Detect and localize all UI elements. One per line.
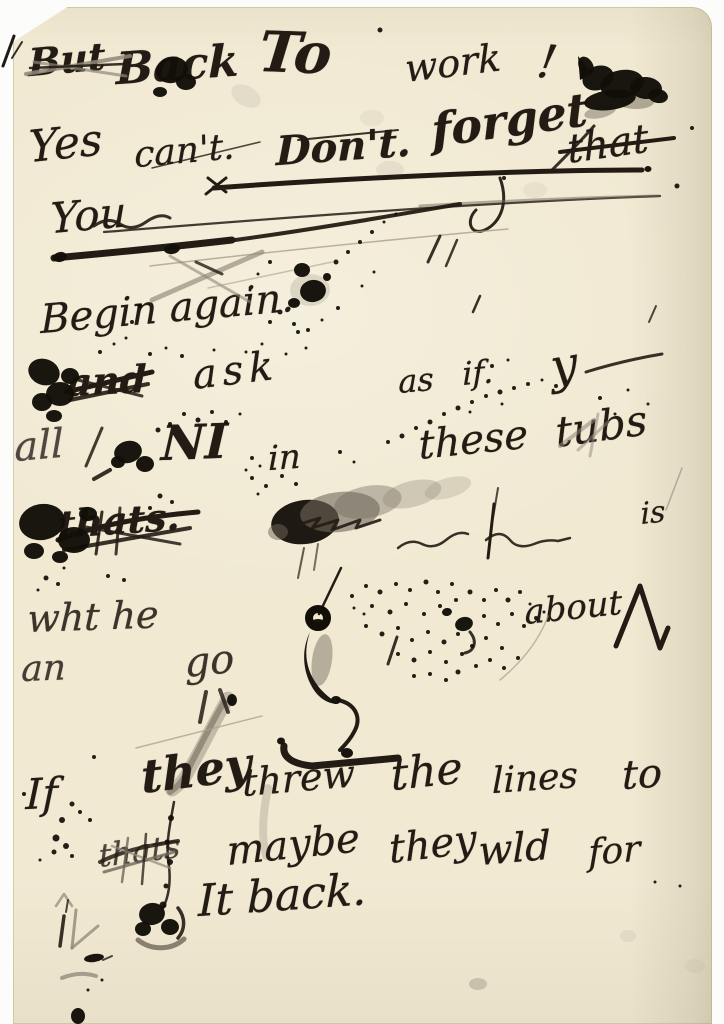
- handwritten-word: about: [524, 586, 623, 630]
- handwritten-word: that: [566, 119, 650, 170]
- handwritten-word: Yes: [28, 118, 103, 170]
- handwritten-word: threw: [242, 754, 355, 802]
- handwritten-word: is: [640, 497, 666, 530]
- handwritten-word: the: [390, 746, 463, 798]
- handwritten-word: can't.: [134, 129, 235, 174]
- handwritten-word: thats.: [58, 497, 180, 544]
- handwritten-word: to: [622, 753, 662, 796]
- handwritten-word: these: [418, 415, 529, 467]
- handwritten-word: NI: [160, 418, 228, 468]
- handwritten-word: work: [404, 38, 502, 88]
- scanned-note-page: ButBackTowork!Yescan't.Don't.forgetthatY…: [0, 0, 724, 1024]
- handwritten-word: in: [268, 440, 301, 476]
- handwritten-word: y: [548, 339, 580, 392]
- handwritten-word: they: [140, 741, 252, 801]
- handwritten-word: an: [21, 650, 67, 688]
- handwritten-word: Back: [116, 39, 239, 92]
- handwritten-word: !: [534, 38, 560, 85]
- handwritten-word: for: [588, 831, 641, 872]
- handwritten-word: You: [50, 191, 127, 240]
- scanner-corner-wedge: [10, 4, 72, 44]
- handwritten-word: they: [388, 819, 478, 870]
- handwritten-word: go: [184, 639, 235, 684]
- handwritten-word: It back.: [198, 868, 366, 924]
- handwritten-word: Begin again.: [40, 278, 294, 340]
- handwritten-word: if.: [462, 355, 494, 390]
- handwritten-word: If: [25, 772, 58, 816]
- handwritten-word: maybe: [226, 818, 360, 872]
- handwritten-word: Don't.: [276, 123, 411, 173]
- handwritten-word: To: [256, 24, 334, 82]
- handwritten-word: wht he: [27, 595, 160, 638]
- handwritten-word: wld: [478, 826, 551, 872]
- handwritten-word: thats: [98, 830, 181, 872]
- handwritten-word: and: [67, 360, 146, 402]
- handwritten-word: as: [398, 363, 434, 398]
- handwritten-word: ask: [192, 345, 280, 396]
- handwritten-word: forget: [430, 86, 589, 154]
- handwriting-layer: ButBackTowork!Yescan't.Don't.forgetthatY…: [0, 0, 724, 1024]
- handwritten-word: all: [14, 424, 64, 468]
- handwritten-word: lines: [492, 758, 578, 800]
- handwritten-word: tubs: [554, 399, 648, 454]
